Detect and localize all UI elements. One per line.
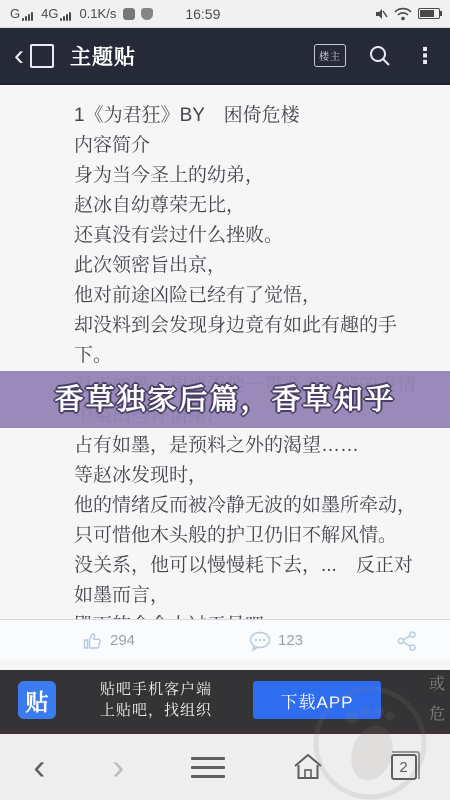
- post-line: 却没料到会发现身边竟有如此有趣的手: [74, 311, 440, 341]
- tieba-logo: 贴: [18, 681, 56, 719]
- post-line: 赵冰自幼尊荣无比，: [74, 191, 440, 221]
- post-line-clipped: 殿下的命令大过天是吧: [74, 611, 440, 619]
- clipped-line-wrap: 殿下的命令大过天是吧: [74, 611, 440, 619]
- carrier-4g: 4G: [41, 6, 72, 21]
- post-line: 他对前途凶险已经有了觉悟，: [74, 281, 440, 311]
- post-line: 内容简介: [74, 131, 440, 161]
- post-line: 没关系，他可以慢慢耗下去，... 反正对: [74, 551, 440, 581]
- page-title: 主题贴: [70, 41, 136, 71]
- only-op-badge[interactable]: 楼主: [314, 44, 346, 67]
- browser-menu-icon[interactable]: [191, 757, 225, 778]
- share-icon: [396, 630, 418, 652]
- window-icon[interactable]: [30, 44, 54, 68]
- carrier-g-label: G: [10, 6, 20, 21]
- watermark-banner: 香草独家后篇，香草知乎: [0, 371, 450, 428]
- post-line: 身为当今圣上的幼弟，: [74, 161, 440, 191]
- back-icon[interactable]: ‹: [14, 41, 24, 71]
- post-line: 如墨而言，: [74, 581, 440, 611]
- app-download-ad[interactable]: 贴 贴吧手机客户端 上贴吧，找组织 下载APP 或危: [0, 670, 450, 730]
- ad-line1: 贴吧手机客户端: [100, 681, 212, 698]
- search-icon[interactable]: [368, 44, 392, 68]
- mute-icon: [374, 7, 388, 21]
- thumbs-up-icon: [82, 630, 104, 652]
- post-line: 只可惜他木头般的护卫仍旧不解风情。: [74, 521, 440, 551]
- comment-icon: [248, 630, 272, 652]
- comment-button[interactable]: 123: [248, 620, 303, 661]
- ad-text: 贴吧手机客户端 上贴吧，找组织: [70, 679, 242, 721]
- kebab-menu-icon[interactable]: ⋮: [414, 45, 436, 67]
- tab-count: 2: [399, 759, 407, 776]
- browser-back-icon[interactable]: ‹: [33, 749, 45, 785]
- post-line: 此次领密旨出京，: [74, 251, 440, 281]
- browser-forward-icon[interactable]: ›: [112, 749, 124, 785]
- clock: 16:59: [185, 6, 220, 22]
- phone-screen: G 4G 0.1K/s 16:59 ‹ 主题贴: [0, 0, 450, 800]
- home-icon[interactable]: [292, 752, 324, 782]
- post-line: 占有如墨，是预料之外的渴望……: [74, 431, 440, 461]
- network-speed: 0.1K/s: [79, 6, 116, 21]
- carrier-g: G: [10, 6, 34, 21]
- post-line: 还真没有尝过什么挫败。: [74, 221, 440, 251]
- obscured-text-fragment: 或: [429, 677, 445, 693]
- signal-bars-icon: [22, 12, 34, 21]
- post-line: 下。: [74, 341, 440, 371]
- post-line: 1《为君狂》BY 困倚危楼: [74, 101, 440, 131]
- app-nav-bar: ‹ 主题贴 楼主 ⋮: [0, 28, 450, 85]
- status-bar: G 4G 0.1K/s 16:59: [0, 0, 450, 28]
- tabs-icon[interactable]: 2: [391, 754, 417, 780]
- browser-bar: ‹ › 2: [0, 734, 450, 800]
- wifi-icon: [394, 7, 412, 21]
- download-app-button[interactable]: 下载APP: [253, 681, 381, 719]
- post-content: 1《为君狂》BY 困倚危楼内容简介身为当今圣上的幼弟，赵冰自幼尊荣无比，还真没有…: [0, 87, 450, 619]
- carrier-4g-label: 4G: [41, 6, 58, 21]
- post-line: 他的情绪反而被冷静无波的如墨所牵动，: [74, 491, 440, 521]
- post-line: 等赵冰发现时，: [74, 461, 440, 491]
- ad-line2: 上贴吧，找组织: [100, 702, 212, 719]
- like-count: 294: [110, 632, 135, 649]
- watermark-text: 香草独家后篇，香草知乎: [54, 385, 395, 415]
- signal-bars-icon: [60, 12, 72, 21]
- notification-app-icon: [123, 8, 135, 20]
- comment-count: 123: [278, 632, 303, 649]
- obscured-text-fragment: 危: [429, 707, 445, 723]
- share-button[interactable]: [396, 620, 418, 661]
- like-button[interactable]: 294: [82, 620, 135, 661]
- notification-shield-icon: [141, 8, 153, 20]
- post-action-bar: 294 123: [0, 619, 450, 660]
- battery-icon: [418, 8, 440, 19]
